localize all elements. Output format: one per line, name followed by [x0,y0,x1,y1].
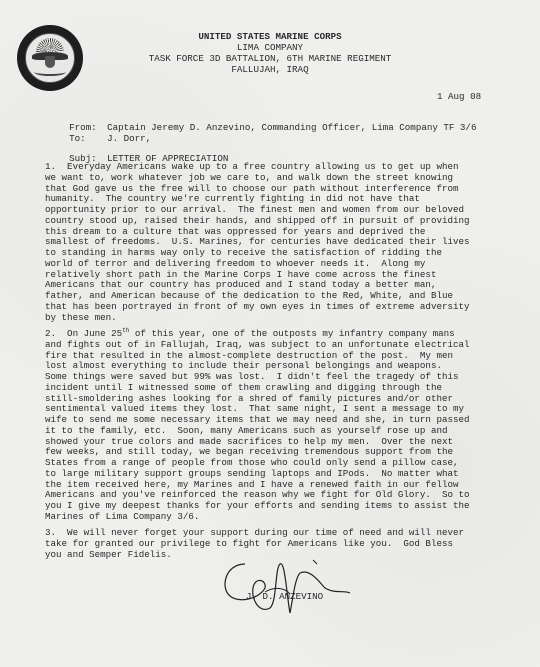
text-line: that has been portrayed in front of my o… [45,302,470,313]
letterhead: UNITED STATES MARINE CORPS LIMA COMPANY … [110,31,430,75]
paragraph-2: 2. On June 25th of this year, one of the… [45,329,470,523]
text-line: take for granted our privilege to fight … [45,539,464,550]
paragraph-1: 1. Everyday Americans wake up to a free … [45,162,470,323]
signature-name: J. D. ANZEVINO [246,591,323,602]
handwritten-signature-icon [205,558,375,618]
paragraph-3: 3. We will never forget your support dur… [45,528,464,560]
unit-name: LIMA COMPANY [110,42,430,53]
text-line: incident until I witnessed some of them … [45,383,470,394]
text-line: it to the family, etc. Soon, many Americ… [45,426,470,437]
location: FALLUJAH, IRAQ [110,64,430,75]
text-line: we want to, work whatever job we care to… [45,173,470,184]
battalion-name: TASK FORCE 3D BATTALION, 6TH MARINE REGI… [110,53,430,64]
letter-page: UNITED STATES MARINE CORPS LIMA COMPANY … [0,0,540,667]
text-line: and fights out of in Fallujah, Iraq, was… [45,340,470,351]
from-value: Captain Jeremy D. Anzevino, Commanding O… [107,122,476,133]
text-line: to large military support groups sending… [45,469,470,480]
department-of-defense-seal-icon [17,25,83,91]
text-line: Marines of Lima Company 3/6. [45,512,470,523]
text-line: world of terror and delivering freedom t… [45,259,470,270]
letter-date: 1 Aug 08 [437,92,481,103]
text-line: by these men. [45,313,470,324]
organization-name: UNITED STATES MARINE CORPS [110,31,430,42]
text-line: country stood up, raised their hands, an… [45,216,470,227]
